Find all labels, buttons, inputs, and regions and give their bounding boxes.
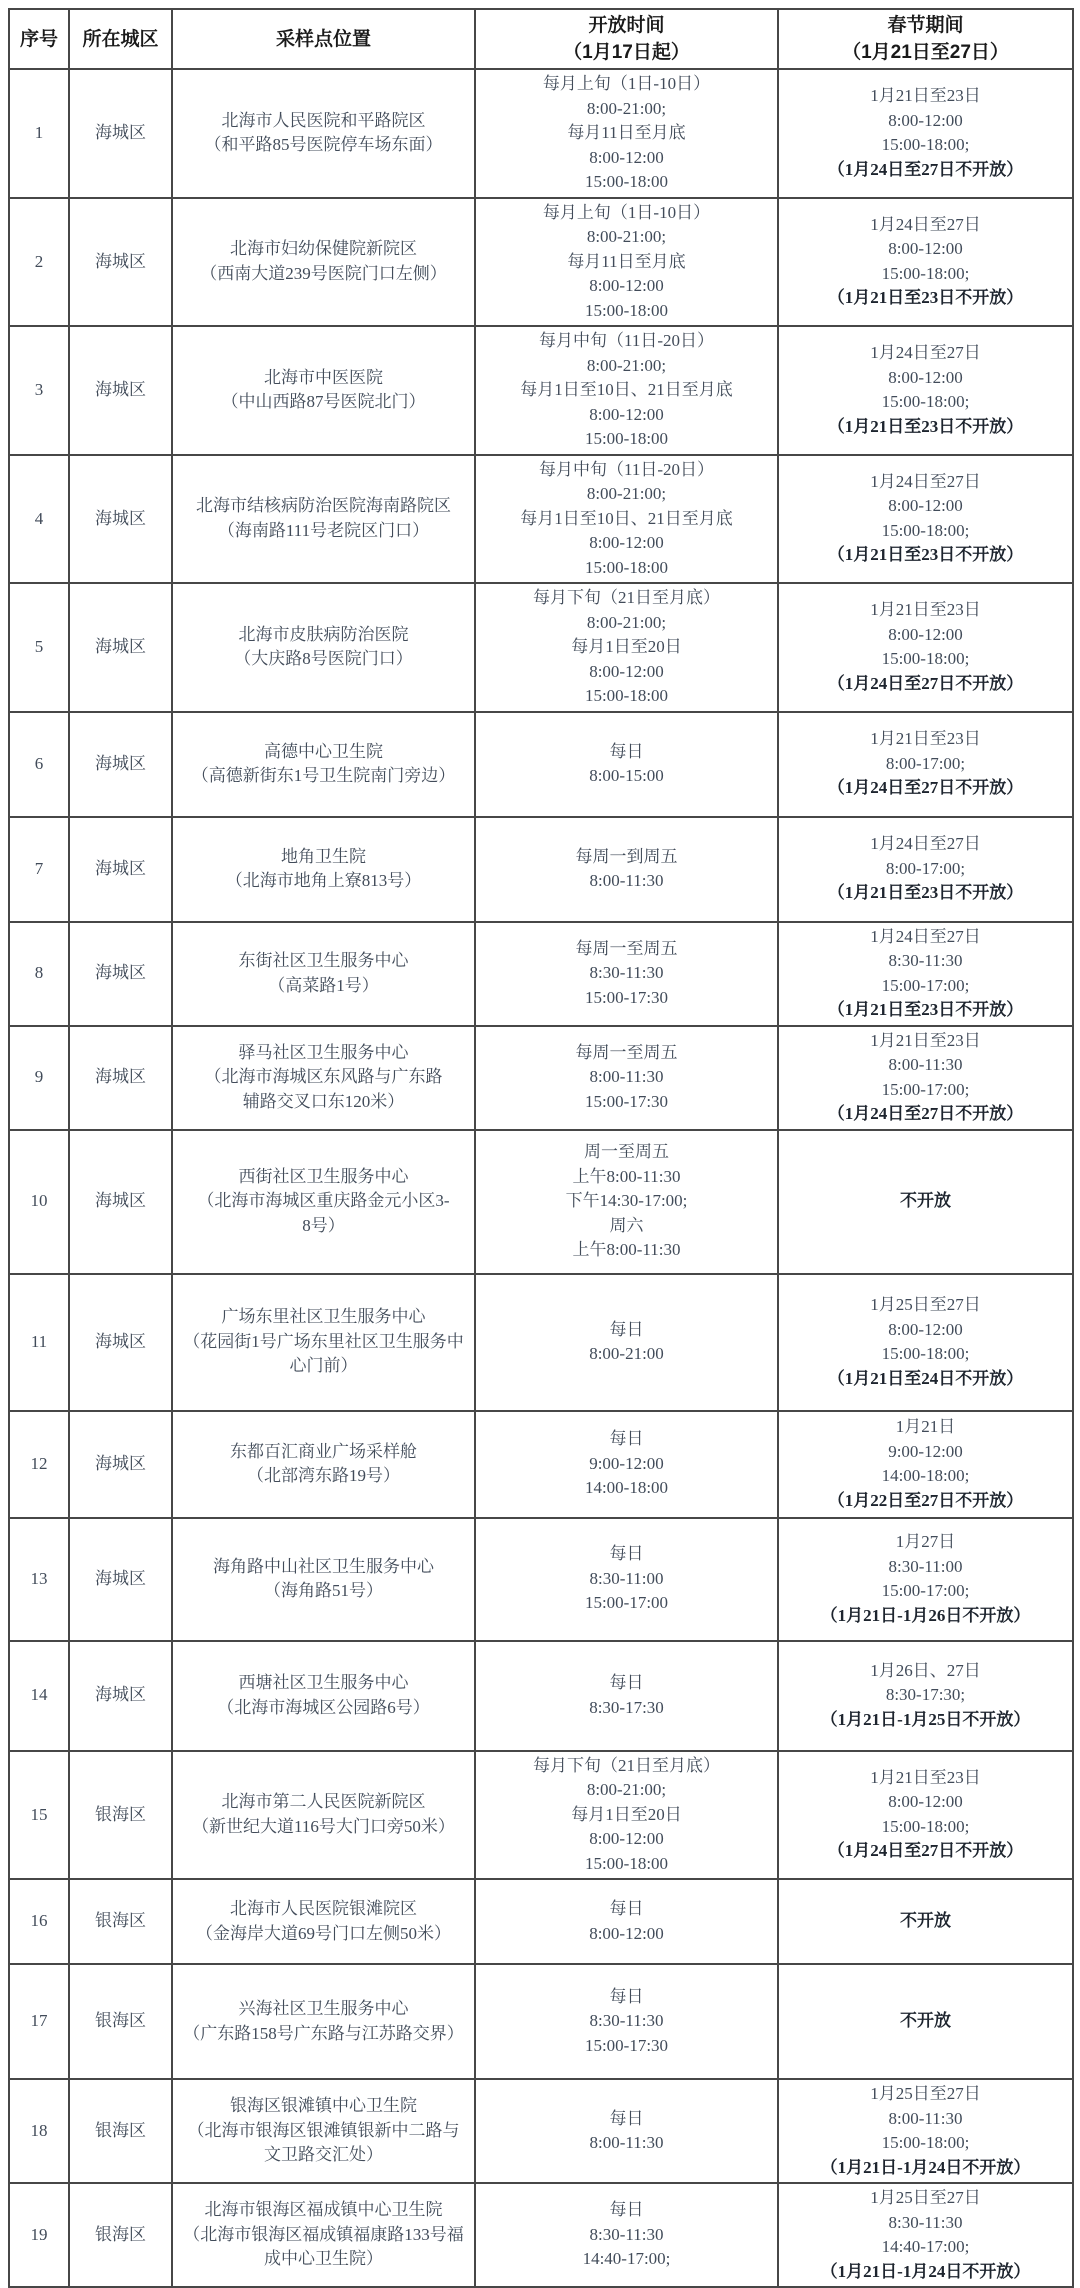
cell-spring-festival-line: 15:00-17:00; — [783, 1579, 1068, 1604]
cell-district: 海城区 — [69, 583, 172, 712]
cell-spring-festival-line: 1月21日至23日 — [783, 1029, 1068, 1054]
cell-location-line: （北海市银海区银滩镇银新中二路与 — [177, 2119, 470, 2144]
cell-spring-festival: 不开放 — [778, 1130, 1073, 1274]
cell-location: 驿马社区卫生服务中心（北海市海城区东风路与广东路辅路交叉口东120米） — [172, 1026, 475, 1130]
cell-open-time-line: 每月1日至10日、21日至月底 — [480, 507, 773, 532]
cell-location: 广场东里社区卫生服务中心（花园街1号广场东里社区卫生服务中心门前） — [172, 1274, 475, 1411]
cell-open-time: 每月中旬（11日-20日）8:00-21:00;每月1日至10日、21日至月底8… — [475, 326, 778, 455]
cell-row-number: 4 — [9, 455, 69, 584]
table-row: 8海城区东街社区卫生服务中心（高菜路1号）每周一至周五8:30-11:3015:… — [9, 922, 1073, 1026]
cell-location-line: （北海市海城区公园路6号） — [177, 1696, 470, 1721]
cell-location-line: 北海市结核病防治医院海南路院区 — [177, 494, 470, 519]
cell-location: 北海市皮肤病防治医院（大庆路8号医院门口） — [172, 583, 475, 712]
cell-spring-festival-line: 8:00-12:00 — [783, 366, 1068, 391]
cell-open-time-line: 上午8:00-11:30 — [480, 1238, 773, 1263]
cell-spring-festival-line: 不开放 — [783, 1189, 1068, 1214]
table-row: 9海城区驿马社区卫生服务中心（北海市海城区东风路与广东路辅路交叉口东120米）每… — [9, 1026, 1073, 1130]
cell-spring-festival-line: 1月25日至27日 — [783, 1293, 1068, 1318]
cell-open-time-line: 8:30-11:30 — [480, 2223, 773, 2248]
cell-open-time-line: 8:30-11:00 — [480, 1567, 773, 1592]
cell-row-number: 13 — [9, 1518, 69, 1641]
cell-district: 海城区 — [69, 1130, 172, 1274]
cell-location-line: （中山西路87号医院北门） — [177, 390, 470, 415]
cell-open-time-line: 15:00-18:00 — [480, 170, 773, 195]
cell-row-number: 5 — [9, 583, 69, 712]
cell-location: 北海市妇幼保健院新院区（西南大道239号医院门口左侧） — [172, 198, 475, 327]
header-row: 序号所在城区采样点位置开放时间（1月17日起）春节期间（1月21日至27日） — [9, 9, 1073, 69]
cell-spring-festival-line: （1月21日至24日不开放） — [783, 1367, 1068, 1392]
cell-spring-festival-line: 14:40-17:00; — [783, 2235, 1068, 2260]
cell-spring-festival: 1月21日至23日8:00-11:3015:00-17:00;（1月24日至27… — [778, 1026, 1073, 1130]
cell-location-line: 兴海社区卫生服务中心 — [177, 1997, 470, 2022]
cell-spring-festival-line: 8:00-11:30 — [783, 1053, 1068, 1078]
cell-open-time: 每月下旬（21日至月底）8:00-21:00;每月1日至20日8:00-12:0… — [475, 1751, 778, 1880]
cell-spring-festival-line: 1月24日至27日 — [783, 470, 1068, 495]
cell-spring-festival-line: 1月25日至27日 — [783, 2082, 1068, 2107]
cell-spring-festival: 1月26日、27日8:30-17:30;（1月21日-1月25日不开放） — [778, 1641, 1073, 1751]
cell-spring-festival: 1月24日至27日8:00-17:00;（1月21日至23日不开放） — [778, 817, 1073, 922]
cell-location-line: （北海市银海区福成镇福康路133号福 — [177, 2223, 470, 2248]
cell-location-line: （大庆路8号医院门口） — [177, 647, 470, 672]
cell-spring-festival: 1月21日9:00-12:0014:00-18:00;（1月22日至27日不开放… — [778, 1411, 1073, 1518]
cell-spring-festival-line: 15:00-18:00; — [783, 2131, 1068, 2156]
cell-location: 北海市第二人民医院新院区（新世纪大道116号大门口旁50米） — [172, 1751, 475, 1880]
cell-open-time-line: 每日 — [480, 1985, 773, 2010]
cell-open-time: 每日8:00-21:00 — [475, 1274, 778, 1411]
cell-district: 银海区 — [69, 2183, 172, 2287]
cell-spring-festival: 1月25日至27日8:30-11:3014:40-17:00;（1月21日-1月… — [778, 2183, 1073, 2287]
cell-open-time-line: 每月下旬（21日至月底） — [480, 1754, 773, 1779]
cell-open-time-line: 每月11日至月底 — [480, 250, 773, 275]
cell-spring-festival-line: 1月24日至27日 — [783, 832, 1068, 857]
table-row: 6海城区高德中心卫生院（高德新街东1号卫生院南门旁边）每日8:00-15:001… — [9, 712, 1073, 817]
cell-spring-festival: 不开放 — [778, 1879, 1073, 1964]
cell-location-line: （花园街1号广场东里社区卫生服务中 — [177, 1330, 470, 1355]
cell-row-number: 18 — [9, 2079, 69, 2183]
cell-spring-festival-line: 8:00-12:00 — [783, 237, 1068, 262]
cell-row-number: 6 — [9, 712, 69, 817]
cell-open-time-line: 每月1日至20日 — [480, 635, 773, 660]
cell-open-time: 每月下旬（21日至月底）8:00-21:00;每月1日至20日8:00-12:0… — [475, 583, 778, 712]
cell-location: 地角卫生院（北海市地角上寮813号） — [172, 817, 475, 922]
cell-spring-festival-line: 15:00-17:00; — [783, 974, 1068, 999]
cell-open-time-line: 每周一到周五 — [480, 845, 773, 870]
cell-open-time-line: 8:00-21:00; — [480, 354, 773, 379]
cell-open-time-line: 周一至周五 — [480, 1140, 773, 1165]
cell-open-time-line: 每月上旬（1日-10日） — [480, 72, 773, 97]
cell-district: 海城区 — [69, 326, 172, 455]
header-line: 春节期间 — [783, 12, 1068, 39]
header-line: （1月21日至27日） — [783, 39, 1068, 66]
cell-open-time-line: 8:00-12:00 — [480, 403, 773, 428]
cell-row-number: 19 — [9, 2183, 69, 2287]
cell-spring-festival-line: 15:00-18:00; — [783, 519, 1068, 544]
cell-spring-festival-line: 8:00-12:00 — [783, 109, 1068, 134]
col-header-open-time: 开放时间（1月17日起） — [475, 9, 778, 69]
cell-location-line: 高德中心卫生院 — [177, 740, 470, 765]
cell-location-line: 东都百汇商业广场采样舱 — [177, 1440, 470, 1465]
cell-open-time-line: 8:00-11:30 — [480, 2131, 773, 2156]
cell-district: 海城区 — [69, 1274, 172, 1411]
cell-open-time-line: 上午8:00-11:30 — [480, 1165, 773, 1190]
cell-spring-festival: 1月21日至23日8:00-17:00;（1月24日至27日不开放） — [778, 712, 1073, 817]
cell-open-time-line: 8:00-21:00; — [480, 1778, 773, 1803]
cell-open-time-line: 每月下旬（21日至月底） — [480, 586, 773, 611]
cell-spring-festival: 1月24日至27日8:00-12:0015:00-18:00;（1月21日至23… — [778, 455, 1073, 584]
table-row: 16银海区北海市人民医院银滩院区（金海岸大道69号门口左侧50米）每日8:00-… — [9, 1879, 1073, 1964]
cell-spring-festival-line: 1月27日 — [783, 1530, 1068, 1555]
table-header: 序号所在城区采样点位置开放时间（1月17日起）春节期间（1月21日至27日） — [9, 9, 1073, 69]
cell-spring-festival: 1月21日至23日8:00-12:0015:00-18:00;（1月24日至27… — [778, 583, 1073, 712]
cell-location-line: 海角路中山社区卫生服务中心 — [177, 1555, 470, 1580]
sampling-points-table: 序号所在城区采样点位置开放时间（1月17日起）春节期间（1月21日至27日） 1… — [8, 8, 1074, 2288]
cell-district: 银海区 — [69, 1964, 172, 2079]
table-row: 7海城区地角卫生院（北海市地角上寮813号）每周一到周五8:00-11:301月… — [9, 817, 1073, 922]
cell-row-number: 15 — [9, 1751, 69, 1880]
cell-location-line: （海南路111号老院区门口） — [177, 519, 470, 544]
cell-row-number: 8 — [9, 922, 69, 1026]
cell-spring-festival-line: 15:00-17:00; — [783, 1078, 1068, 1103]
cell-spring-festival-line: 1月21日至23日 — [783, 598, 1068, 623]
cell-spring-festival-line: 1月26日、27日 — [783, 1659, 1068, 1684]
cell-row-number: 11 — [9, 1274, 69, 1411]
cell-open-time: 每月中旬（11日-20日）8:00-21:00;每月1日至10日、21日至月底8… — [475, 455, 778, 584]
table-row: 3海城区北海市中医医院（中山西路87号医院北门）每月中旬（11日-20日）8:0… — [9, 326, 1073, 455]
cell-spring-festival: 1月24日至27日8:30-11:3015:00-17:00;（1月21日至23… — [778, 922, 1073, 1026]
cell-location-line: （北海市海城区重庆路金元小区3- — [177, 1189, 470, 1214]
col-header-no: 序号 — [9, 9, 69, 69]
cell-location: 东街社区卫生服务中心（高菜路1号） — [172, 922, 475, 1026]
table-row: 12海城区东都百汇商业广场采样舱（北部湾东路19号）每日9:00-12:0014… — [9, 1411, 1073, 1518]
cell-open-time-line: 15:00-18:00 — [480, 1852, 773, 1877]
table-row: 15银海区北海市第二人民医院新院区（新世纪大道116号大门口旁50米）每月下旬（… — [9, 1751, 1073, 1880]
cell-open-time-line: 每日 — [480, 1671, 773, 1696]
cell-open-time-line: 15:00-18:00 — [480, 684, 773, 709]
cell-row-number: 3 — [9, 326, 69, 455]
cell-open-time: 每月上旬（1日-10日）8:00-21:00;每月11日至月底8:00-12:0… — [475, 198, 778, 327]
cell-open-time-line: 15:00-17:30 — [480, 986, 773, 1011]
cell-spring-festival-line: 14:00-18:00; — [783, 1464, 1068, 1489]
cell-open-time-line: 每周一至周五 — [480, 937, 773, 962]
table-row: 4海城区北海市结核病防治医院海南路院区（海南路111号老院区门口）每月中旬（11… — [9, 455, 1073, 584]
table-row: 10海城区西街社区卫生服务中心（北海市海城区重庆路金元小区3-8号）周一至周五上… — [9, 1130, 1073, 1274]
cell-location: 高德中心卫生院（高德新街东1号卫生院南门旁边） — [172, 712, 475, 817]
cell-location-line: （新世纪大道116号大门口旁50米） — [177, 1815, 470, 1840]
cell-location-line: 广场东里社区卫生服务中心 — [177, 1305, 470, 1330]
cell-open-time-line: 14:00-18:00 — [480, 1476, 773, 1501]
cell-open-time-line: 每日 — [480, 1427, 773, 1452]
table-row: 19银海区北海市银海区福成镇中心卫生院（北海市银海区福成镇福康路133号福成中心… — [9, 2183, 1073, 2287]
cell-spring-festival: 1月25日至27日8:00-12:0015:00-18:00;（1月21日至24… — [778, 1274, 1073, 1411]
cell-spring-festival-line: 15:00-18:00; — [783, 1342, 1068, 1367]
cell-location: 兴海社区卫生服务中心（广东路158号广东路与江苏路交界） — [172, 1964, 475, 2079]
cell-spring-festival-line: 9:00-12:00 — [783, 1440, 1068, 1465]
cell-spring-festival-line: 1月24日至27日 — [783, 341, 1068, 366]
cell-open-time-line: 8:00-21:00 — [480, 1342, 773, 1367]
cell-spring-festival-line: 15:00-18:00; — [783, 647, 1068, 672]
document-page: 序号所在城区采样点位置开放时间（1月17日起）春节期间（1月21日至27日） 1… — [0, 0, 1080, 2247]
cell-spring-festival: 1月21日至23日8:00-12:0015:00-18:00;（1月24日至27… — [778, 1751, 1073, 1880]
cell-spring-festival-line: 8:00-12:00 — [783, 1790, 1068, 1815]
cell-spring-festival-line: 15:00-18:00; — [783, 1815, 1068, 1840]
cell-location: 北海市结核病防治医院海南路院区（海南路111号老院区门口） — [172, 455, 475, 584]
cell-spring-festival-line: 1月21日至23日 — [783, 84, 1068, 109]
cell-location-line: （广东路158号广东路与江苏路交界） — [177, 2022, 470, 2047]
cell-location-line: （北海市地角上寮813号） — [177, 869, 470, 894]
cell-location: 西街社区卫生服务中心（北海市海城区重庆路金元小区3-8号） — [172, 1130, 475, 1274]
cell-open-time-line: 每月11日至月底 — [480, 121, 773, 146]
cell-open-time-line: 15:00-17:00 — [480, 1591, 773, 1616]
cell-open-time-line: 8:00-12:00 — [480, 531, 773, 556]
cell-row-number: 7 — [9, 817, 69, 922]
cell-location-line: （西南大道239号医院门口左侧） — [177, 262, 470, 287]
cell-spring-festival-line: 1月24日至27日 — [783, 925, 1068, 950]
cell-open-time: 每日8:30-11:3015:00-17:30 — [475, 1964, 778, 2079]
cell-open-time-line: 8:00-21:00; — [480, 611, 773, 636]
cell-district: 银海区 — [69, 1751, 172, 1880]
cell-open-time-line: 8:00-12:00 — [480, 660, 773, 685]
cell-location-line: 心门前） — [177, 1354, 470, 1379]
cell-district: 海城区 — [69, 69, 172, 198]
cell-open-time-line: 14:40-17:00; — [480, 2247, 773, 2272]
cell-location: 北海市人民医院银滩院区（金海岸大道69号门口左侧50米） — [172, 1879, 475, 1964]
cell-spring-festival-line: （1月21日至23日不开放） — [783, 998, 1068, 1023]
cell-open-time-line: 每月1日至10日、21日至月底 — [480, 378, 773, 403]
cell-location-line: 北海市皮肤病防治医院 — [177, 623, 470, 648]
table-row: 17银海区兴海社区卫生服务中心（广东路158号广东路与江苏路交界）每日8:30-… — [9, 1964, 1073, 2079]
cell-open-time-line: 15:00-18:00 — [480, 556, 773, 581]
cell-location-line: 北海市妇幼保健院新院区 — [177, 237, 470, 262]
cell-open-time-line: 9:00-12:00 — [480, 1452, 773, 1477]
cell-location-line: 北海市中医医院 — [177, 366, 470, 391]
cell-location-line: 西街社区卫生服务中心 — [177, 1165, 470, 1190]
table-body: 1海城区北海市人民医院和平路院区（和平路85号医院停车场东面）每月上旬（1日-1… — [9, 69, 1073, 2287]
table-row: 5海城区北海市皮肤病防治医院（大庆路8号医院门口）每月下旬（21日至月底）8:0… — [9, 583, 1073, 712]
cell-spring-festival-line: （1月21日-1月24日不开放） — [783, 2260, 1068, 2285]
cell-district: 海城区 — [69, 922, 172, 1026]
cell-open-time-line: 8:30-11:30 — [480, 961, 773, 986]
cell-location: 北海市银海区福成镇中心卫生院（北海市银海区福成镇福康路133号福成中心卫生院） — [172, 2183, 475, 2287]
cell-open-time-line: 8:00-12:00 — [480, 146, 773, 171]
table-row: 13海城区海角路中山社区卫生服务中心（海角路51号）每日8:30-11:0015… — [9, 1518, 1073, 1641]
cell-open-time-line: 8:00-12:00 — [480, 1922, 773, 1947]
cell-spring-festival: 1月24日至27日8:00-12:0015:00-18:00;（1月21日至23… — [778, 198, 1073, 327]
cell-open-time-line: 8:00-21:00; — [480, 482, 773, 507]
header-line: 序号 — [14, 26, 64, 53]
cell-open-time-line: 8:00-11:30 — [480, 869, 773, 894]
cell-open-time-line: 每日 — [480, 2198, 773, 2223]
header-line: （1月17日起） — [480, 39, 773, 66]
cell-location: 银海区银滩镇中心卫生院（北海市银海区银滩镇银新中二路与文卫路交汇处） — [172, 2079, 475, 2183]
cell-open-time: 每日8:30-11:3014:40-17:00; — [475, 2183, 778, 2287]
cell-open-time-line: 15:00-18:00 — [480, 299, 773, 324]
cell-spring-festival-line: （1月24日至27日不开放） — [783, 1839, 1068, 1864]
cell-location-line: 成中心卫生院） — [177, 2247, 470, 2272]
cell-open-time-line: 每日 — [480, 1897, 773, 1922]
cell-spring-festival-line: 8:30-11:00 — [783, 1555, 1068, 1580]
cell-open-time-line: 15:00-17:30 — [480, 1090, 773, 1115]
cell-location-line: 北海市银海区福成镇中心卫生院 — [177, 2198, 470, 2223]
col-header-location: 采样点位置 — [172, 9, 475, 69]
table-row: 1海城区北海市人民医院和平路院区（和平路85号医院停车场东面）每月上旬（1日-1… — [9, 69, 1073, 198]
table-row: 2海城区北海市妇幼保健院新院区（西南大道239号医院门口左侧）每月上旬（1日-1… — [9, 198, 1073, 327]
cell-district: 银海区 — [69, 2079, 172, 2183]
cell-open-time: 每日8:00-15:00 — [475, 712, 778, 817]
cell-district: 海城区 — [69, 1411, 172, 1518]
cell-spring-festival-line: （1月24日至27日不开放） — [783, 672, 1068, 697]
cell-row-number: 14 — [9, 1641, 69, 1751]
cell-open-time-line: 15:00-18:00 — [480, 427, 773, 452]
cell-location-line: （金海岸大道69号门口左侧50米） — [177, 1922, 470, 1947]
cell-spring-festival: 1月25日至27日8:00-11:3015:00-18:00;（1月21日-1月… — [778, 2079, 1073, 2183]
cell-open-time: 每日8:00-11:30 — [475, 2079, 778, 2183]
cell-location-line: （海角路51号） — [177, 1579, 470, 1604]
cell-open-time: 每周一至周五8:00-11:3015:00-17:30 — [475, 1026, 778, 1130]
cell-open-time-line: 8:00-21:00; — [480, 225, 773, 250]
cell-location-line: 北海市第二人民医院新院区 — [177, 1790, 470, 1815]
cell-spring-festival-line: 不开放 — [783, 1909, 1068, 1934]
cell-spring-festival-line: 1月24日至27日 — [783, 213, 1068, 238]
cell-open-time-line: 每日 — [480, 1542, 773, 1567]
cell-open-time-line: 8:00-12:00 — [480, 1827, 773, 1852]
cell-open-time-line: 下午14:30-17:00; — [480, 1189, 773, 1214]
cell-location-line: 北海市人民医院和平路院区 — [177, 109, 470, 134]
cell-open-time: 每日8:30-11:0015:00-17:00 — [475, 1518, 778, 1641]
cell-location: 北海市中医医院（中山西路87号医院北门） — [172, 326, 475, 455]
table-row: 11海城区广场东里社区卫生服务中心（花园街1号广场东里社区卫生服务中心门前）每日… — [9, 1274, 1073, 1411]
cell-district: 海城区 — [69, 712, 172, 817]
cell-row-number: 2 — [9, 198, 69, 327]
cell-location-line: （高德新街东1号卫生院南门旁边） — [177, 764, 470, 789]
cell-location-line: （和平路85号医院停车场东面） — [177, 133, 470, 158]
cell-spring-festival-line: 不开放 — [783, 2009, 1068, 2034]
cell-district: 海城区 — [69, 198, 172, 327]
cell-open-time-line: 每周一至周五 — [480, 1041, 773, 1066]
cell-open-time-line: 8:00-21:00; — [480, 97, 773, 122]
cell-location: 西塘社区卫生服务中心（北海市海城区公园路6号） — [172, 1641, 475, 1751]
cell-location-line: （高菜路1号） — [177, 974, 470, 999]
cell-spring-festival-line: 8:00-12:00 — [783, 623, 1068, 648]
cell-spring-festival-line: （1月21日-1月25日不开放） — [783, 1708, 1068, 1733]
cell-spring-festival: 不开放 — [778, 1964, 1073, 2079]
cell-district: 海城区 — [69, 1026, 172, 1130]
cell-row-number: 9 — [9, 1026, 69, 1130]
cell-spring-festival-line: 15:00-18:00; — [783, 390, 1068, 415]
cell-spring-festival-line: 15:00-18:00; — [783, 262, 1068, 287]
cell-row-number: 17 — [9, 1964, 69, 2079]
cell-spring-festival-line: （1月21日-1月24日不开放） — [783, 2156, 1068, 2181]
cell-row-number: 10 — [9, 1130, 69, 1274]
table-row: 18银海区银海区银滩镇中心卫生院（北海市银海区银滩镇银新中二路与文卫路交汇处）每… — [9, 2079, 1073, 2183]
cell-location-line: 文卫路交汇处） — [177, 2143, 470, 2168]
cell-location-line: 东街社区卫生服务中心 — [177, 949, 470, 974]
cell-open-time: 每日9:00-12:0014:00-18:00 — [475, 1411, 778, 1518]
cell-row-number: 16 — [9, 1879, 69, 1964]
cell-open-time: 周一至周五上午8:00-11:30下午14:30-17:00;周六上午8:00-… — [475, 1130, 778, 1274]
cell-spring-festival-line: （1月21日至23日不开放） — [783, 543, 1068, 568]
cell-spring-festival-line: 8:30-11:30 — [783, 2211, 1068, 2236]
cell-location-line: （北部湾东路19号） — [177, 1464, 470, 1489]
cell-location-line: 驿马社区卫生服务中心 — [177, 1041, 470, 1066]
cell-open-time-line: 8:30-11:30 — [480, 2009, 773, 2034]
cell-spring-festival-line: 8:30-17:30; — [783, 1683, 1068, 1708]
cell-location-line: 银海区银滩镇中心卫生院 — [177, 2094, 470, 2119]
cell-district: 海城区 — [69, 455, 172, 584]
cell-spring-festival-line: 1月21日至23日 — [783, 1766, 1068, 1791]
cell-open-time-line: 每日 — [480, 2107, 773, 2132]
cell-open-time: 每日8:30-17:30 — [475, 1641, 778, 1751]
cell-open-time-line: 每月1日至20日 — [480, 1803, 773, 1828]
cell-open-time-line: 每月中旬（11日-20日） — [480, 458, 773, 483]
cell-open-time-line: 每日 — [480, 740, 773, 765]
cell-open-time-line: 8:00-12:00 — [480, 274, 773, 299]
cell-location-line: 北海市人民医院银滩院区 — [177, 1897, 470, 1922]
cell-spring-festival-line: 8:00-12:00 — [783, 1318, 1068, 1343]
cell-open-time-line: 8:00-11:30 — [480, 1065, 773, 1090]
cell-location-line: 8号） — [177, 1214, 470, 1239]
cell-open-time: 每日8:00-12:00 — [475, 1879, 778, 1964]
cell-district: 海城区 — [69, 817, 172, 922]
cell-open-time-line: 每月上旬（1日-10日） — [480, 201, 773, 226]
cell-location-line: 辅路交叉口东120米） — [177, 1090, 470, 1115]
cell-spring-festival-line: （1月21日-1月26日不开放） — [783, 1604, 1068, 1629]
header-line: 所在城区 — [74, 26, 167, 53]
cell-spring-festival-line: 8:00-17:00; — [783, 857, 1068, 882]
header-line: 采样点位置 — [177, 26, 470, 53]
cell-location: 海角路中山社区卫生服务中心（海角路51号） — [172, 1518, 475, 1641]
cell-location: 东都百汇商业广场采样舱（北部湾东路19号） — [172, 1411, 475, 1518]
cell-spring-festival-line: 8:00-12:00 — [783, 494, 1068, 519]
cell-spring-festival-line: （1月21日至23日不开放） — [783, 415, 1068, 440]
cell-spring-festival-line: 8:30-11:30 — [783, 949, 1068, 974]
cell-open-time: 每周一至周五8:30-11:3015:00-17:30 — [475, 922, 778, 1026]
cell-spring-festival-line: （1月22日至27日不开放） — [783, 1489, 1068, 1514]
cell-spring-festival-line: （1月21日至23日不开放） — [783, 286, 1068, 311]
cell-district: 海城区 — [69, 1518, 172, 1641]
cell-open-time-line: 每日 — [480, 1318, 773, 1343]
cell-open-time-line: 8:30-17:30 — [480, 1696, 773, 1721]
cell-row-number: 1 — [9, 69, 69, 198]
cell-open-time-line: 15:00-17:30 — [480, 2034, 773, 2059]
cell-spring-festival: 1月21日至23日8:00-12:0015:00-18:00;（1月24日至27… — [778, 69, 1073, 198]
header-line: 开放时间 — [480, 12, 773, 39]
cell-spring-festival-line: （1月24日至27日不开放） — [783, 158, 1068, 183]
cell-spring-festival-line: 8:00-11:30 — [783, 2107, 1068, 2132]
cell-spring-festival: 1月27日8:30-11:0015:00-17:00;（1月21日-1月26日不… — [778, 1518, 1073, 1641]
cell-district: 银海区 — [69, 1879, 172, 1964]
table-row: 14海城区西塘社区卫生服务中心（北海市海城区公园路6号）每日8:30-17:30… — [9, 1641, 1073, 1751]
cell-location-line: 地角卫生院 — [177, 845, 470, 870]
cell-open-time: 每周一到周五8:00-11:30 — [475, 817, 778, 922]
cell-location-line: 西塘社区卫生服务中心 — [177, 1671, 470, 1696]
cell-spring-festival-line: 15:00-18:00; — [783, 133, 1068, 158]
cell-location: 北海市人民医院和平路院区（和平路85号医院停车场东面） — [172, 69, 475, 198]
cell-spring-festival-line: （1月24日至27日不开放） — [783, 776, 1068, 801]
cell-spring-festival-line: （1月24日至27日不开放） — [783, 1102, 1068, 1127]
cell-spring-festival-line: 1月21日至23日 — [783, 727, 1068, 752]
cell-spring-festival-line: 8:00-17:00; — [783, 752, 1068, 777]
cell-spring-festival-line: 1月21日 — [783, 1415, 1068, 1440]
cell-district: 海城区 — [69, 1641, 172, 1751]
cell-row-number: 12 — [9, 1411, 69, 1518]
cell-open-time-line: 每月中旬（11日-20日） — [480, 329, 773, 354]
col-header-spring-festival: 春节期间（1月21日至27日） — [778, 9, 1073, 69]
cell-spring-festival: 1月24日至27日8:00-12:0015:00-18:00;（1月21日至23… — [778, 326, 1073, 455]
cell-spring-festival-line: 1月25日至27日 — [783, 2186, 1068, 2211]
col-header-district: 所在城区 — [69, 9, 172, 69]
cell-open-time: 每月上旬（1日-10日）8:00-21:00;每月11日至月底8:00-12:0… — [475, 69, 778, 198]
cell-location-line: （北海市海城区东风路与广东路 — [177, 1065, 470, 1090]
